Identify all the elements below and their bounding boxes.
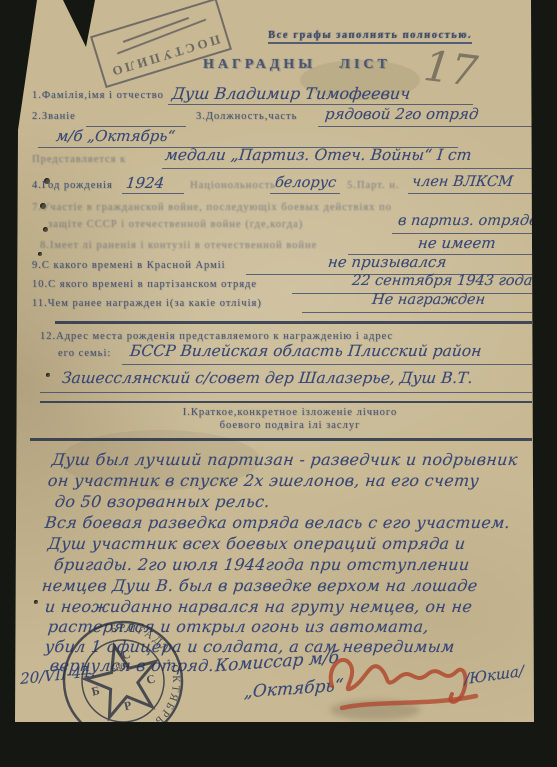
section-heading-1: І.Краткое,конкретное ізложеніе лічного (140, 407, 440, 418)
seal-letter: С (145, 671, 157, 687)
field-award-value: медали „Партиз. Отеч. Войны“ І ст (164, 146, 472, 164)
punch-hole (46, 373, 50, 377)
ruled-line (270, 193, 340, 194)
ruled-line (162, 168, 532, 169)
body-line: и неожиданно нарвался на груту немцев, о… (44, 597, 473, 616)
field-name-value: Душ Владимир Тимофеевич (171, 84, 411, 103)
field-party-label: 5.Парт. н. (347, 180, 400, 191)
field-war-value: в партиз. отряде (397, 213, 538, 229)
field-position-label: 3.Должность,часть (196, 111, 297, 122)
field-war-label-2: защіте СССР і отечественной войне (где,к… (48, 219, 303, 230)
field-nationality-label: Націонольность (190, 180, 276, 191)
field-nationality-value: белорус (274, 175, 337, 191)
field-award-label: Представляется к (32, 154, 126, 165)
field-birth-label: 4.Год рожденія (32, 180, 113, 191)
field-address-value-1: БССР Вилейская область Плисский район (129, 342, 482, 360)
body-line: Вся боевая разведка отряда велась с его … (44, 513, 511, 532)
field-position-value: рядовой 2го отряд (324, 105, 479, 123)
ruled-line (122, 193, 184, 194)
body-line: Душ был лучший партизан - разведчик и по… (51, 450, 519, 469)
field-awards-value: Не награжден (371, 292, 486, 308)
field-wounds-value: не имеет (417, 234, 497, 252)
field-address-label-1: 12.Адрес места рожденія представляемого … (40, 331, 393, 342)
punch-hole (34, 600, 38, 604)
seal-letter: Р (123, 698, 134, 713)
pencil-page-number: 17 (421, 41, 480, 96)
field-wounds-label: 8.Імеет лі раненія і контузіі в отечеств… (40, 240, 317, 251)
section-divider (30, 438, 532, 441)
body-line: Душ участник всех боевых операций отряда… (47, 534, 466, 553)
body-line: бригады. 2го июля 1944года при отступлен… (53, 555, 471, 574)
field-address-label-2: его семьі: (58, 348, 111, 359)
section-heading-2: боевого подвіга ілі заслуг (140, 420, 440, 431)
field-awards-label: 11.Чем ранее награжден і(за какіе отлічі… (32, 298, 262, 309)
field-rank-label: 2.Званіе (32, 111, 76, 122)
field-address-value-2: Зашесслянский с/совет дер Шалазерье, Душ… (61, 369, 474, 387)
punch-hole (38, 252, 42, 256)
paper-sheet: ПОСТУПИЛО Все графы заполнять полностью.… (0, 0, 557, 767)
document-scan: ПОСТУПИЛО Все графы заполнять полностью.… (0, 0, 557, 767)
ruled-line (40, 392, 532, 393)
field-party-value: член ВЛКСМ (411, 174, 514, 190)
ruled-line (302, 312, 532, 313)
field-birth-value: 1924 (125, 174, 165, 192)
section-divider (55, 321, 532, 324)
ruled-line (318, 126, 532, 127)
field-war-label-1: 7.Участіе в гражданской войне, последующ… (32, 202, 392, 213)
field-army-value: не призывался (327, 253, 447, 271)
seal-number: 580 (110, 661, 127, 675)
body-line: до 50 взорванных рельс. (54, 492, 271, 511)
document-title: НАГРАДНЫ ЛІСТ (203, 57, 391, 73)
field-partisan-label: 10.С якого времені в партізанском отряде (32, 279, 257, 290)
field-partisan-value: 22 сентября 1943 года (351, 273, 533, 289)
section-divider (40, 401, 532, 403)
ruled-line (122, 364, 532, 365)
body-line: немцев Душ В. был в разведке верхом на л… (41, 576, 479, 595)
ruled-line (408, 193, 532, 194)
field-name-label: 1.Фамілія,імя і отчество (32, 90, 164, 101)
received-stamp: ПОСТУПИЛО (90, 0, 232, 88)
field-unit-value: м/б „Октябрь“ (55, 127, 176, 145)
body-line: он участник в спуске 2х эшелонов, на его… (47, 471, 480, 490)
field-army-label: 9.С какого времені в Красной Арміі (32, 260, 226, 271)
